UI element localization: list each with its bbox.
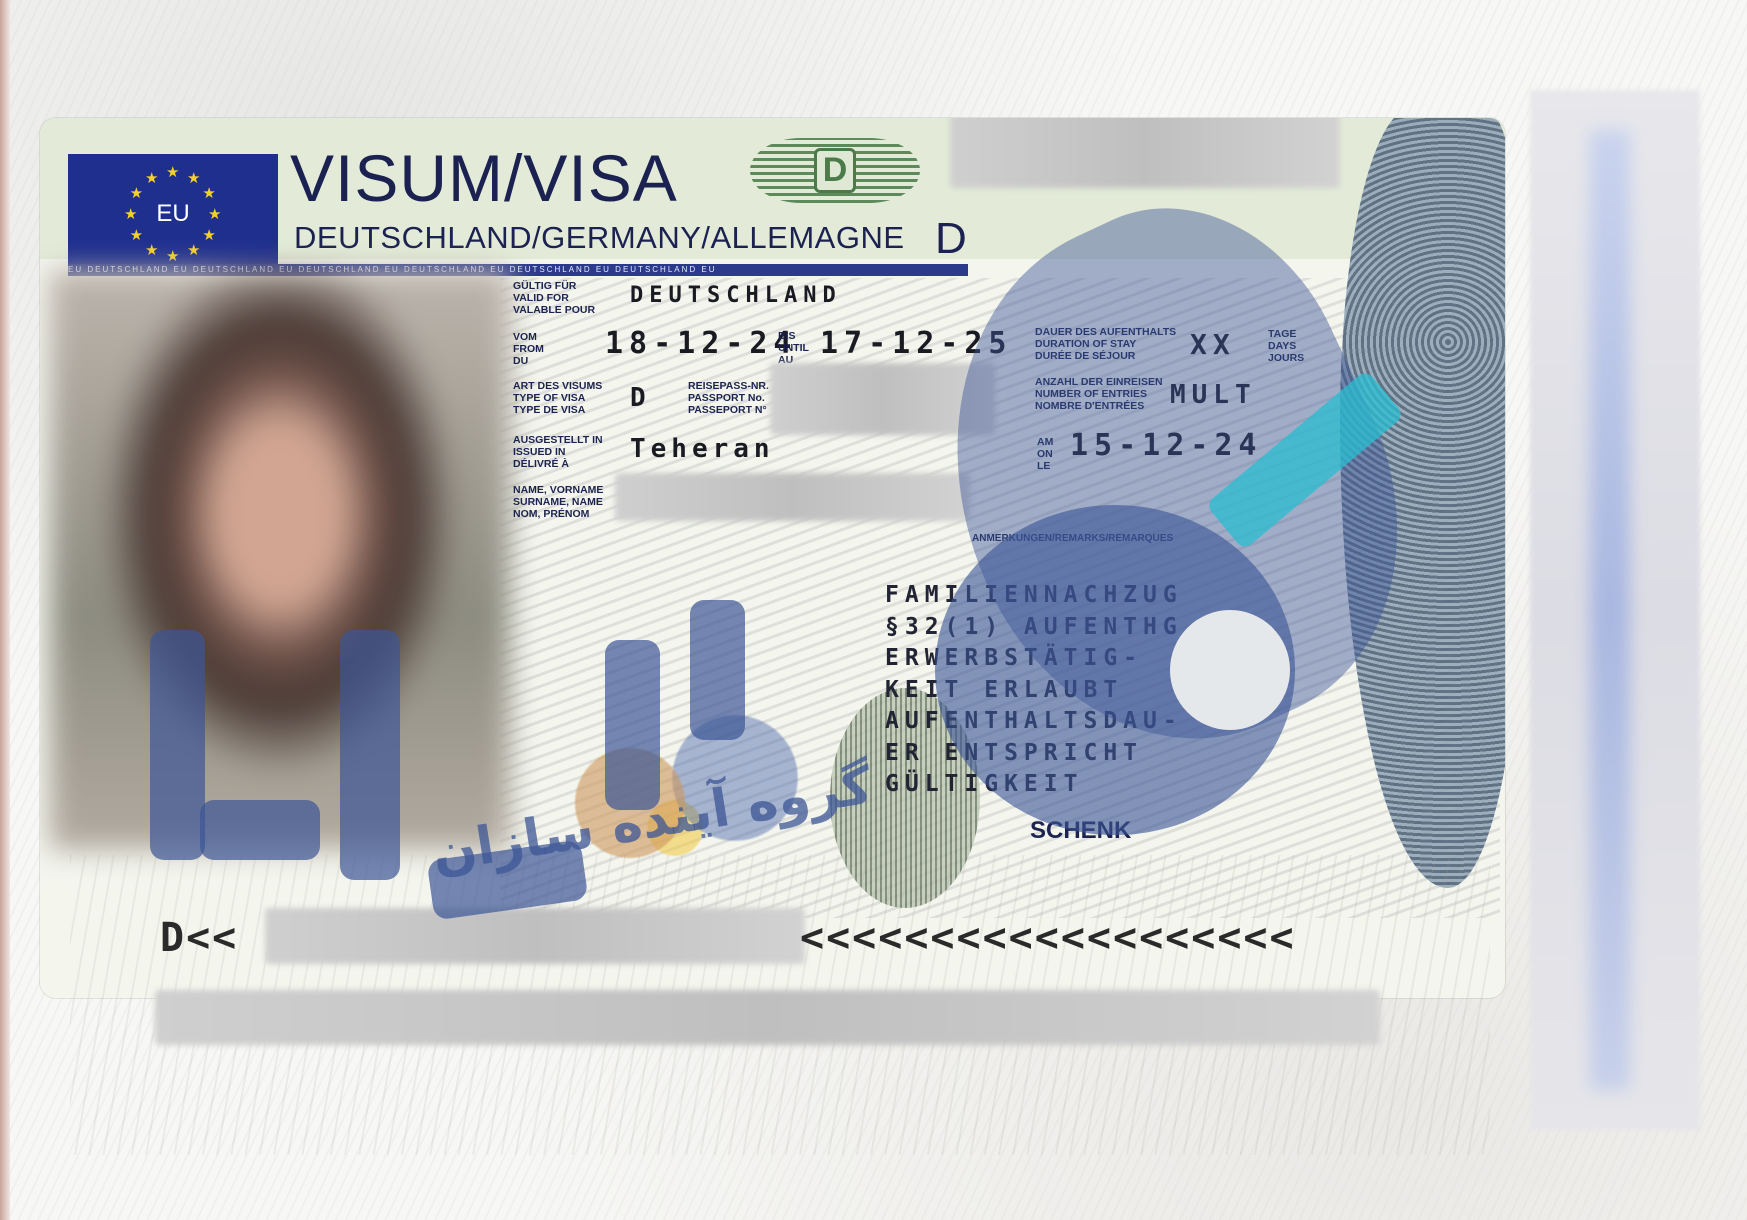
visa-title: VISUM/VISA [290, 140, 678, 216]
eu-star-icon: ★ [124, 207, 137, 222]
eu-star-icon: ★ [202, 228, 215, 243]
watermark-letter-stroke [200, 800, 320, 860]
header-redacted [950, 118, 1340, 188]
visa-type-label: ART DES VISUMS TYPE OF VISA TYPE DE VISA [513, 380, 602, 416]
eu-star-icon: ★ [166, 165, 179, 180]
eu-star-icon: ★ [166, 249, 179, 264]
mrz-line-2-redacted [155, 990, 1380, 1045]
mrz-line-1-prefix: D<< [160, 915, 238, 961]
until-label: BIS UNTIL AU [778, 330, 809, 366]
issuing-state-letter: D [935, 214, 967, 264]
eu-star-icon: ★ [187, 243, 200, 258]
eu-star-icon: ★ [202, 186, 215, 201]
name-label: NAME, VORNAME SURNAME, NAME NOM, PRÉNOM [513, 484, 603, 520]
passport-no-label: REISEPASS-NR. PASSPORT No. PASSEPORT N° [688, 380, 769, 416]
eu-star-icon: ★ [130, 228, 143, 243]
mrz-line-1-filler: <<<<<<<<<<<<<<<<<<< [800, 915, 1296, 961]
valid-for-label: GÜLTIG FÜR VALID FOR VALABLE POUR [513, 280, 595, 316]
eu-star-icon: ★ [145, 243, 158, 258]
issued-in-value: Teheran [630, 434, 775, 464]
eu-star-icon: ★ [187, 171, 200, 186]
from-label: VOM FROM DU [513, 331, 544, 367]
issued-in-label: AUSGESTELLT IN ISSUED IN DÉLIVRÉ À [513, 434, 603, 470]
watermark-letter-stroke [340, 630, 400, 880]
mrz-line-1-redacted [265, 908, 805, 964]
visa-type-value: D [630, 383, 652, 413]
eu-flag-icon: EU ★★★★★★★★★★★★ [68, 154, 278, 274]
country-code-emblem: D [750, 138, 920, 203]
redacted-side-strip [1530, 90, 1700, 1130]
eu-star-icon: ★ [130, 186, 143, 201]
eu-star-icon: ★ [145, 171, 158, 186]
watermark-letter-stroke [605, 640, 660, 810]
name-redacted [615, 473, 970, 521]
valid-for-value: DEUTSCHLAND [630, 283, 842, 308]
watermark-logo-hole [1170, 610, 1290, 730]
watermark-letter-stroke [150, 630, 205, 860]
from-value: 18-12-24 [605, 326, 798, 361]
holder-photo-blurred [50, 270, 510, 850]
watermark-letter-stroke [690, 600, 745, 740]
visa-country: DEUTSCHLAND/GERMANY/ALLEMAGNE [294, 220, 905, 256]
eu-star-icon: ★ [208, 207, 221, 222]
page-edge [0, 0, 10, 1220]
